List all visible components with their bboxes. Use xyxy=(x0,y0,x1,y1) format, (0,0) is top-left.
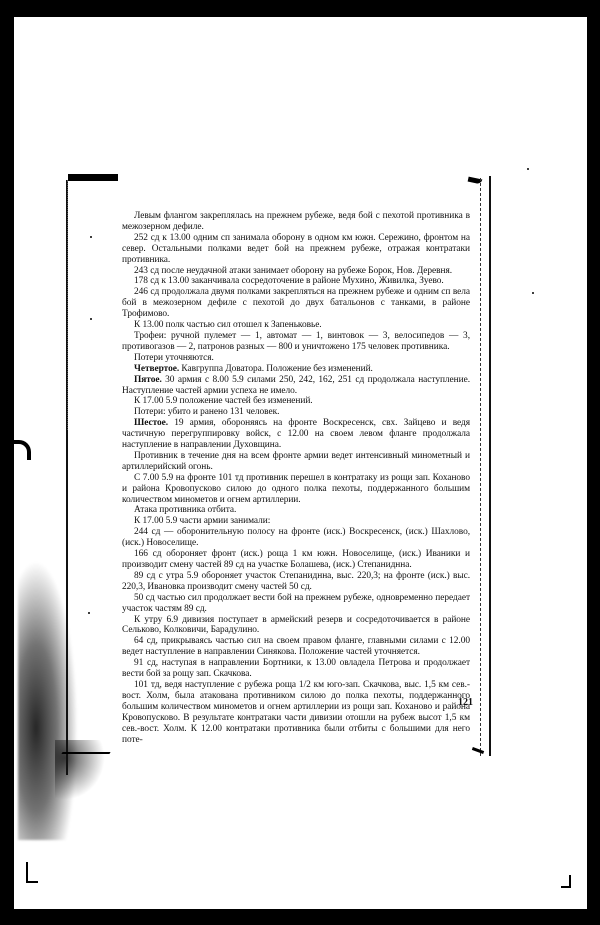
paragraph-text: К 17.00 5.9 части армии занимали: xyxy=(134,516,270,526)
paragraph: Четвертое. Кавгруппа Доватора. Положение… xyxy=(122,364,470,375)
paragraph-text: К 17.00 5.9 положение частей без изменен… xyxy=(134,396,313,406)
paragraph: С 7.00 5.9 на фронте 101 тд противник пе… xyxy=(122,473,470,506)
paragraph-text: Потери уточняются. xyxy=(134,353,214,363)
paragraph: 178 сд к 13.00 заканчивала сосредоточени… xyxy=(122,276,470,287)
paragraph-text: Кавгруппа Доватора. Положение без измене… xyxy=(179,364,373,374)
paragraph: Левым флангом закреплялась на прежнем ру… xyxy=(122,211,470,233)
paragraph-text: К утру 6.9 дивизия поступает в армейский… xyxy=(122,615,470,636)
paragraph: К 17.00 5.9 части армии занимали: xyxy=(122,516,470,527)
paragraph: 246 сд продолжала двумя полками закрепля… xyxy=(122,287,470,320)
paragraph: Потери: убито и ранено 131 человек. xyxy=(122,407,470,418)
paragraph: К 13.00 полк частью сил отошел к Запеньк… xyxy=(122,320,470,331)
scan-speck xyxy=(532,292,534,294)
paragraph: Атака противника отбита. xyxy=(122,505,470,516)
paragraph: Шестое. 19 армия, обороняясь на фронте В… xyxy=(122,418,470,451)
paragraph-text: 252 сд к 13.00 одним сп занимала оборону… xyxy=(122,233,470,265)
section-lead: Пятое. xyxy=(134,375,162,385)
paragraph-text: 19 армия, обороняясь на фронте Воскресен… xyxy=(122,418,470,450)
section-lead: Четвертое. xyxy=(134,364,179,374)
paragraph: 244 сд — оборонительную полосу на фронте… xyxy=(122,527,470,549)
paragraph-text: 244 сд — оборонительную полосу на фронте… xyxy=(122,527,470,548)
right-frame-rule-dashed xyxy=(480,178,482,756)
paragraph: Потери уточняются. xyxy=(122,353,470,364)
paragraph: 243 сд после неудачной атаки занимает об… xyxy=(122,266,470,277)
paragraph-text: 246 сд продолжала двумя полками закрепля… xyxy=(122,287,470,319)
paragraph-text: К 13.00 полк частью сил отошел к Запеньк… xyxy=(134,320,322,330)
paragraph: 50 сд частью сил продолжает вести бой на… xyxy=(122,593,470,615)
paragraph-text: 30 армия с 8.00 5.9 силами 250, 242, 162… xyxy=(122,375,470,396)
paragraph: Противник в течение дня на всем фронте а… xyxy=(122,451,470,473)
section-lead: Шестое. xyxy=(134,418,168,428)
paragraph-text: 178 сд к 13.00 заканчивала сосредоточени… xyxy=(134,276,444,286)
paragraph-text: Потери: убито и ранено 131 человек. xyxy=(134,407,279,417)
paragraph-text: 89 сд с утра 5.9 обороняет участок Степа… xyxy=(122,571,470,592)
crop-mark-bottom-left xyxy=(26,881,38,883)
frame-corner-mark xyxy=(61,752,110,754)
paragraph-text: 64 сд, прикрываясь частью сил на своем п… xyxy=(122,636,470,657)
paragraph-text: 50 сд частью сил продолжает вести бой на… xyxy=(122,593,470,614)
scan-speck xyxy=(88,612,90,614)
paragraph-text: Трофеи: ручной пулемет — 1, автомат — 1,… xyxy=(122,331,470,352)
page-number: 121 xyxy=(458,697,473,708)
paragraph: 101 тд, ведя наступление с рубежа роща 1… xyxy=(122,680,470,745)
paragraph: 166 сд обороняет фронт (иск.) роща 1 км … xyxy=(122,549,470,571)
left-frame-rule-dotted xyxy=(67,180,69,430)
paragraph: 91 сд, наступая в направлении Бортники, … xyxy=(122,658,470,680)
crop-mark-bottom-right xyxy=(561,886,571,888)
paragraph-text: Противник в течение дня на всем фронте а… xyxy=(122,451,470,472)
paragraph-text: С 7.00 5.9 на фронте 101 тд противник пе… xyxy=(122,473,470,505)
scan-shadow xyxy=(55,740,105,800)
paragraph-text: Атака противника отбита. xyxy=(134,505,236,515)
right-frame-rule xyxy=(489,176,491,756)
scan-speck xyxy=(527,168,529,170)
paragraph-text: 166 сд обороняет фронт (иск.) роща 1 км … xyxy=(122,549,470,570)
paragraph: 89 сд с утра 5.9 обороняет участок Степа… xyxy=(122,571,470,593)
paragraph-text: Левым флангом закреплялась на прежнем ру… xyxy=(122,211,470,232)
paragraph-text: 91 сд, наступая в направлении Бортники, … xyxy=(122,658,470,679)
document-body: Левым флангом закреплялась на прежнем ру… xyxy=(122,211,470,745)
paragraph: К утру 6.9 дивизия поступает в армейский… xyxy=(122,615,470,637)
paragraph: К 17.00 5.9 положение частей без изменен… xyxy=(122,396,470,407)
paragraph: Пятое. 30 армия с 8.00 5.9 силами 250, 2… xyxy=(122,375,470,397)
paragraph-text: 101 тд, ведя наступление с рубежа роща 1… xyxy=(122,680,470,745)
paragraph-text: 243 сд после неудачной атаки занимает об… xyxy=(134,266,452,276)
crop-mark-bottom-left xyxy=(26,862,28,882)
scan-speck xyxy=(90,318,92,320)
paragraph: Трофеи: ручной пулемет — 1, автомат — 1,… xyxy=(122,331,470,353)
paragraph: 252 сд к 13.00 одним сп занимала оборону… xyxy=(122,233,470,266)
paragraph: 64 сд, прикрываясь частью сил на своем п… xyxy=(122,636,470,658)
scan-speck xyxy=(90,236,92,238)
frame-corner-mark xyxy=(68,174,118,181)
